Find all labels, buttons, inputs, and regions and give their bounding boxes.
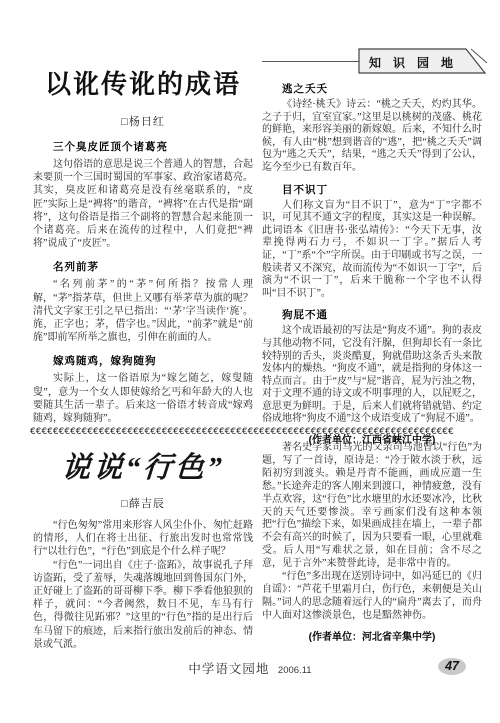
journal-issue: 2006.11 bbox=[278, 665, 312, 676]
page-number-badge: 47 bbox=[438, 658, 466, 675]
xingse-paragraph-3: 著名史学家司马光的父亲司马池曾以“行色”为题，写了一首诗，原诗是：“冷于陂水淡于… bbox=[262, 442, 482, 571]
section-body-minglieqianmao: “名列前茅”的“茅”何所指？按常人理解，“茅”指茅草，但世上又哪有举茅草为旗的呢… bbox=[33, 278, 253, 344]
xingse-paragraph-1: “行色匆匆”常用来形容人风尘仆仆、匆忙赶路的情形，人们在将士出征、行旅出发时也常… bbox=[33, 519, 253, 559]
ornament-divider: €€€€€€€€€€€€€€€€€€€€€€€€€€€€€€€€€€€€€€€€… bbox=[30, 427, 488, 439]
article-idioms-title: 以讹传讹的成语 bbox=[33, 68, 253, 102]
section-heading-goupibutong: 狗屁不通 bbox=[282, 307, 482, 322]
knowledge-garden-badge-row: 知识园地 bbox=[262, 46, 482, 76]
xingse-paragraph-4: “行色”多出现在送别诗词中，如冯延巳的《归自谣》：“芦花千里霜月白，伤行色，来朝… bbox=[262, 571, 482, 623]
article-xingse-right: 著名史学家司马光的父亲司马池曾以“行色”为题，写了一首诗，原诗是：“冷于陂水淡于… bbox=[262, 442, 482, 643]
section-body-jiajisuiji: 实际上，这一俗语原为“嫁乞随乞，嫁叟随叟”，意为一个女人即使嫁给乞丐和年龄大的人… bbox=[33, 372, 253, 425]
article-xingse-title: 说说“行色” bbox=[32, 447, 255, 489]
section-body-taozhiyaoyao: 《诗经·桃夭》诗云：“桃之夭夭，灼灼其华。之子于归，宜室宜家。”这里是以桃树的茂… bbox=[262, 99, 482, 175]
section-heading-taozhiyaoyao: 逃之夭夭 bbox=[282, 81, 482, 96]
badge-leader-line bbox=[262, 61, 362, 62]
section-heading-jiajisuiji: 嫁鸡随鸡，嫁狗随狗 bbox=[53, 353, 253, 368]
knowledge-garden-column: 知识园地 逃之夭夭 《诗经·桃夭》诗云：“桃之夭夭，灼灼其华。之子于归，宜室宜家… bbox=[262, 46, 482, 446]
section-heading-mubushiding: 目不识丁 bbox=[282, 182, 482, 197]
section-body-choupijiang: 这句俗语的意思是说三个普通人的智慧，合起来要顶一个三国时蜀国的军事家、政治家诸葛… bbox=[33, 158, 253, 250]
magazine-page: 以讹传讹的成语 □杨日红 三个臭皮匠顶个诸葛亮 这句俗语的意思是说三个普通人的智… bbox=[0, 0, 500, 723]
article-xingse-left: 说说“行色” □薛吉辰 “行色匆匆”常用来形容人风尘仆仆、匆忙赶路的情形，人们在… bbox=[33, 447, 253, 651]
article-xingse-author: □薛吉辰 bbox=[33, 495, 253, 511]
page-footer: 中学语文园地 2006.11 47 bbox=[0, 656, 500, 680]
section-body-goupibutong: 这个成语最初的写法是“狗皮不通”。狗的表皮与其他动物不同，它没有汗腺，但狗却长有… bbox=[262, 325, 482, 426]
section-body-mubushiding: 人们称文盲为“目不识丁”，意为“丁”字都不识，可见其不通文字的程度，其实这是一种… bbox=[262, 200, 482, 301]
knowledge-garden-badge: 知识园地 bbox=[358, 48, 488, 75]
journal-name-line: 中学语文园地 2006.11 bbox=[0, 659, 500, 677]
article-idioms: 以讹传讹的成语 □杨日红 三个臭皮匠顶个诸葛亮 这句俗语的意思是说三个普通人的智… bbox=[33, 68, 253, 425]
section-heading-choupijiang: 三个臭皮匠顶个诸葛亮 bbox=[53, 139, 253, 154]
article-idioms-author: □杨日红 bbox=[33, 113, 253, 129]
badge-label: 知识园地 bbox=[369, 54, 469, 71]
xingse-paragraph-2: “行色”一词出自《庄子·盗跖》，故事说孔子拜访盗跖，受了羞辱，失魂落魄地回到鲁国… bbox=[33, 559, 253, 651]
xingse-attribution: (作者单位：河北省辛集中学) bbox=[262, 628, 482, 643]
section-heading-minglieqianmao: 名列前茅 bbox=[53, 259, 253, 274]
journal-name: 中学语文园地 bbox=[188, 662, 269, 676]
